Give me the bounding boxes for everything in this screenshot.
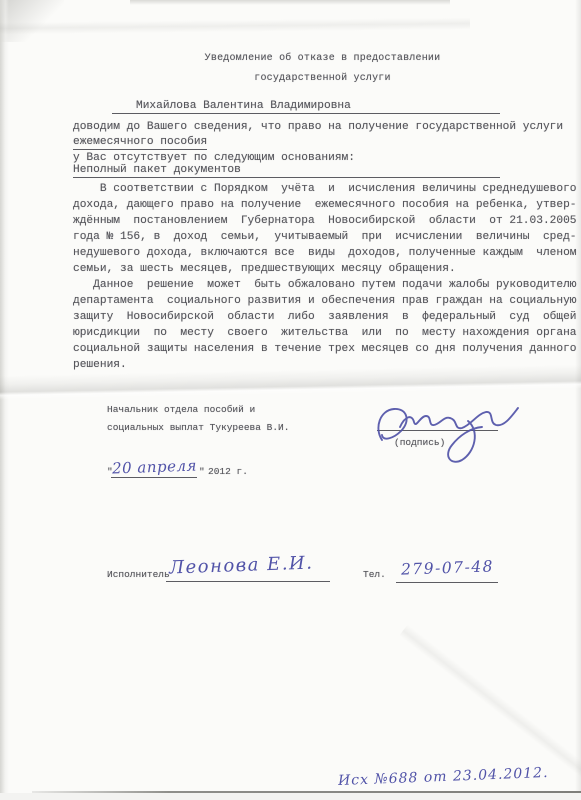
paragraph1-line: дохода, дающего право на получение ежеме… bbox=[73, 198, 577, 214]
paper-crease-top bbox=[0, 17, 470, 34]
intro-line1: доводим до Вашего сведения, что право на… bbox=[73, 121, 563, 134]
paragraph1-line: В соответствии с Порядком учёта и исчисл… bbox=[73, 182, 577, 198]
paragraph2-line: Данное решение может быть обжаловано пут… bbox=[73, 278, 577, 294]
date-close-quote: " bbox=[199, 465, 205, 478]
paragraph1-line: года № 156, в доход семьи, учитываемый п… bbox=[73, 230, 577, 246]
refusal-reason: Неполный пакет документов bbox=[73, 164, 241, 177]
date-year-typed: 2012 г. bbox=[208, 465, 248, 478]
signature-ink bbox=[370, 396, 522, 470]
paragraph-legal-basis: В соответствии с Порядком учёта и исчисл… bbox=[73, 182, 577, 277]
paragraph-appeal-procedure: Данное решение может быть обжаловано пут… bbox=[73, 278, 577, 373]
document-title-line1: Уведомление об отказе в предоставлении bbox=[73, 52, 572, 65]
phone-rule: 279-07-48 bbox=[396, 568, 498, 583]
paragraph2-line: защиту Новосибирской области либо заявле… bbox=[73, 310, 577, 326]
addressee-name-line: Михайлова Валентина Владимировна bbox=[112, 100, 500, 114]
phone-handwritten: 279-07-48 bbox=[401, 557, 495, 578]
signatory-position-line1: Начальник отдела пособий и bbox=[107, 403, 255, 416]
executor-label: Исполнитель bbox=[107, 568, 170, 581]
scanned-document-page: Уведомление об отказе в предоставлении г… bbox=[0, 0, 581, 800]
paragraph2-line: социальной защиты населения в течение тр… bbox=[73, 342, 577, 358]
scan-bottom-background bbox=[0, 793, 581, 800]
document-title-line2: государственной услуги bbox=[73, 72, 572, 85]
scan-left-edge bbox=[0, 0, 9, 800]
paragraph2-line: юрисдикции по месту своего жительства ил… bbox=[73, 326, 577, 342]
paragraph2-line: решения. bbox=[73, 358, 577, 374]
refusal-reason-line: Неполный пакет документов bbox=[73, 164, 500, 178]
outgoing-number-note-handwritten: Исх №688 от 23.04.2012. bbox=[338, 765, 549, 789]
paper-bottom-edge bbox=[32, 791, 581, 793]
date-rule-line: 20 апреля bbox=[111, 462, 197, 478]
signatory-position-line2: социальных выплат Тукуреева В.И. bbox=[107, 421, 289, 434]
paragraph2-line: департамента социального развития и обес… bbox=[73, 294, 577, 310]
service-name-underlined: ежемесячного пособия bbox=[73, 136, 207, 149]
scan-corner-shadow bbox=[0, 0, 64, 42]
paragraph1-line: ждённым постановлением Губернатора Новос… bbox=[73, 214, 577, 230]
phone-label: Тел. bbox=[363, 568, 386, 581]
paragraph1-line: семьи, за шесть месяцев, предшествующих … bbox=[73, 262, 577, 278]
date-day-handwritten: 20 апреля bbox=[112, 457, 197, 478]
paragraph1-line: недушевого дохода, включаются все виды д… bbox=[73, 246, 577, 262]
addressee-name: Михайлова Валентина Владимировна bbox=[136, 100, 351, 113]
scan-right-edge bbox=[575, 0, 581, 800]
executor-name-handwritten: Леонова Е.И. bbox=[169, 552, 314, 578]
scan-top-edge bbox=[130, 0, 450, 5]
paper-crease-bottom-right bbox=[399, 625, 581, 790]
executor-name-rule: Леонова Е.И. bbox=[166, 567, 330, 582]
